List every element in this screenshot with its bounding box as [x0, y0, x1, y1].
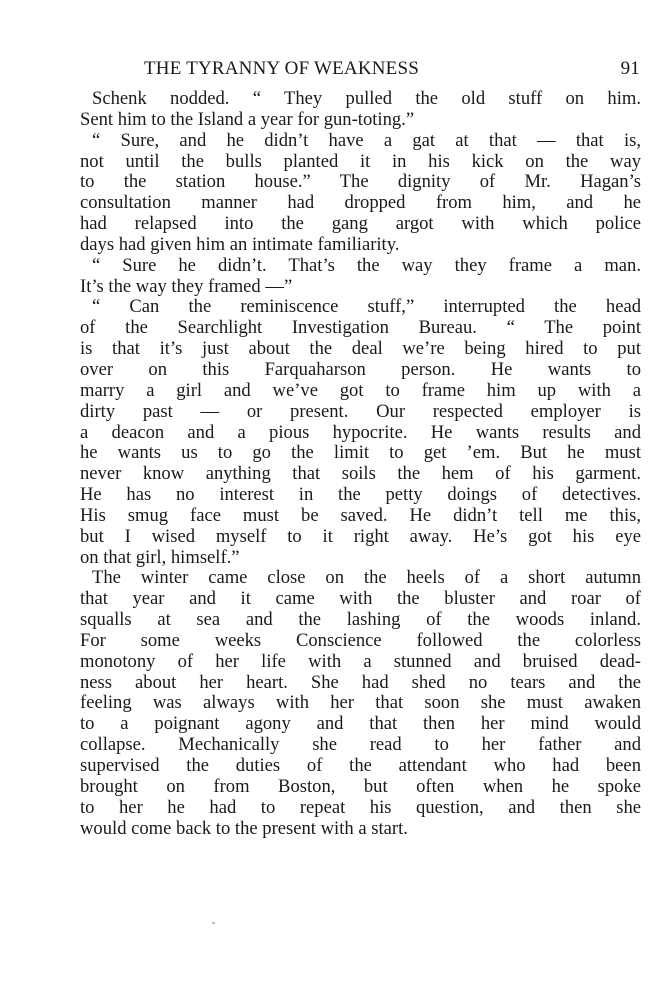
text-line: collapse. Mechanically she read to her f… — [80, 735, 641, 756]
text-line: not until the bulls planted it in his ki… — [80, 152, 641, 173]
text-line: on that girl, himself.” — [80, 548, 641, 569]
scan-speck — [212, 922, 215, 924]
text-line: he wants us to go the limit to get ’em. … — [80, 443, 641, 464]
text-line: to a poignant agony and that then her mi… — [80, 714, 641, 735]
text-line: For some weeks Conscience followed the c… — [80, 631, 641, 652]
book-page: THE TYRANNY OF WEAKNESS 91 Schenk nodded… — [0, 0, 664, 1000]
text-line: would come back to the present with a st… — [80, 819, 641, 840]
text-line: His smug face must be saved. He didn’t t… — [80, 506, 641, 527]
text-line: that year and it came with the bluster a… — [80, 589, 641, 610]
text-line: of the Searchlight Investigation Bureau.… — [80, 318, 641, 339]
text-line: ness about her heart. She had shed no te… — [80, 673, 641, 694]
body-text: Schenk nodded. “ They pulled the old stu… — [80, 89, 641, 839]
text-line: Schenk nodded. “ They pulled the old stu… — [80, 89, 641, 110]
text-line: “ Sure he didn’t. That’s the way they fr… — [80, 256, 641, 277]
running-title: THE TYRANNY OF WEAKNESS — [144, 58, 419, 80]
text-line: had relapsed into the gang argot with wh… — [80, 214, 641, 235]
text-line: brought on from Boston, but often when h… — [80, 777, 641, 798]
text-line: days had given him an intimate familiari… — [80, 235, 641, 256]
text-line: a deacon and a pious hypocrite. He wants… — [80, 423, 641, 444]
text-line: “ Can the reminiscence stuff,” interrupt… — [80, 297, 641, 318]
text-line: is that it’s just about the deal we’re b… — [80, 339, 641, 360]
text-line: It’s the way they framed —” — [80, 277, 641, 298]
text-line: The winter came close on the heels of a … — [80, 568, 641, 589]
text-line: to her he had to repeat his question, an… — [80, 798, 641, 819]
text-line: “ Sure, and he didn’t have a gat at that… — [80, 131, 641, 152]
text-line: feeling was always with her that soon sh… — [80, 693, 641, 714]
text-line: supervised the duties of the attendant w… — [80, 756, 641, 777]
running-head: THE TYRANNY OF WEAKNESS 91 — [140, 58, 640, 82]
text-line: to the station house.” The dignity of Mr… — [80, 172, 641, 193]
text-line: He has no interest in the petty doings o… — [80, 485, 641, 506]
text-line: Sent him to the Island a year for gun-to… — [80, 110, 641, 131]
text-line: never know anything that soils the hem o… — [80, 464, 641, 485]
text-line: but I wised myself to it right away. He’… — [80, 527, 641, 548]
text-line: marry a girl and we’ve got to frame him … — [80, 381, 641, 402]
text-line: squalls at sea and the lashing of the wo… — [80, 610, 641, 631]
text-line: dirty past — or present. Our respected e… — [80, 402, 641, 423]
text-line: monotony of her life with a stunned and … — [80, 652, 641, 673]
text-line: consultation manner had dropped from him… — [80, 193, 641, 214]
text-line: over on this Farquaharson person. He wan… — [80, 360, 641, 381]
page-number: 91 — [621, 58, 640, 80]
